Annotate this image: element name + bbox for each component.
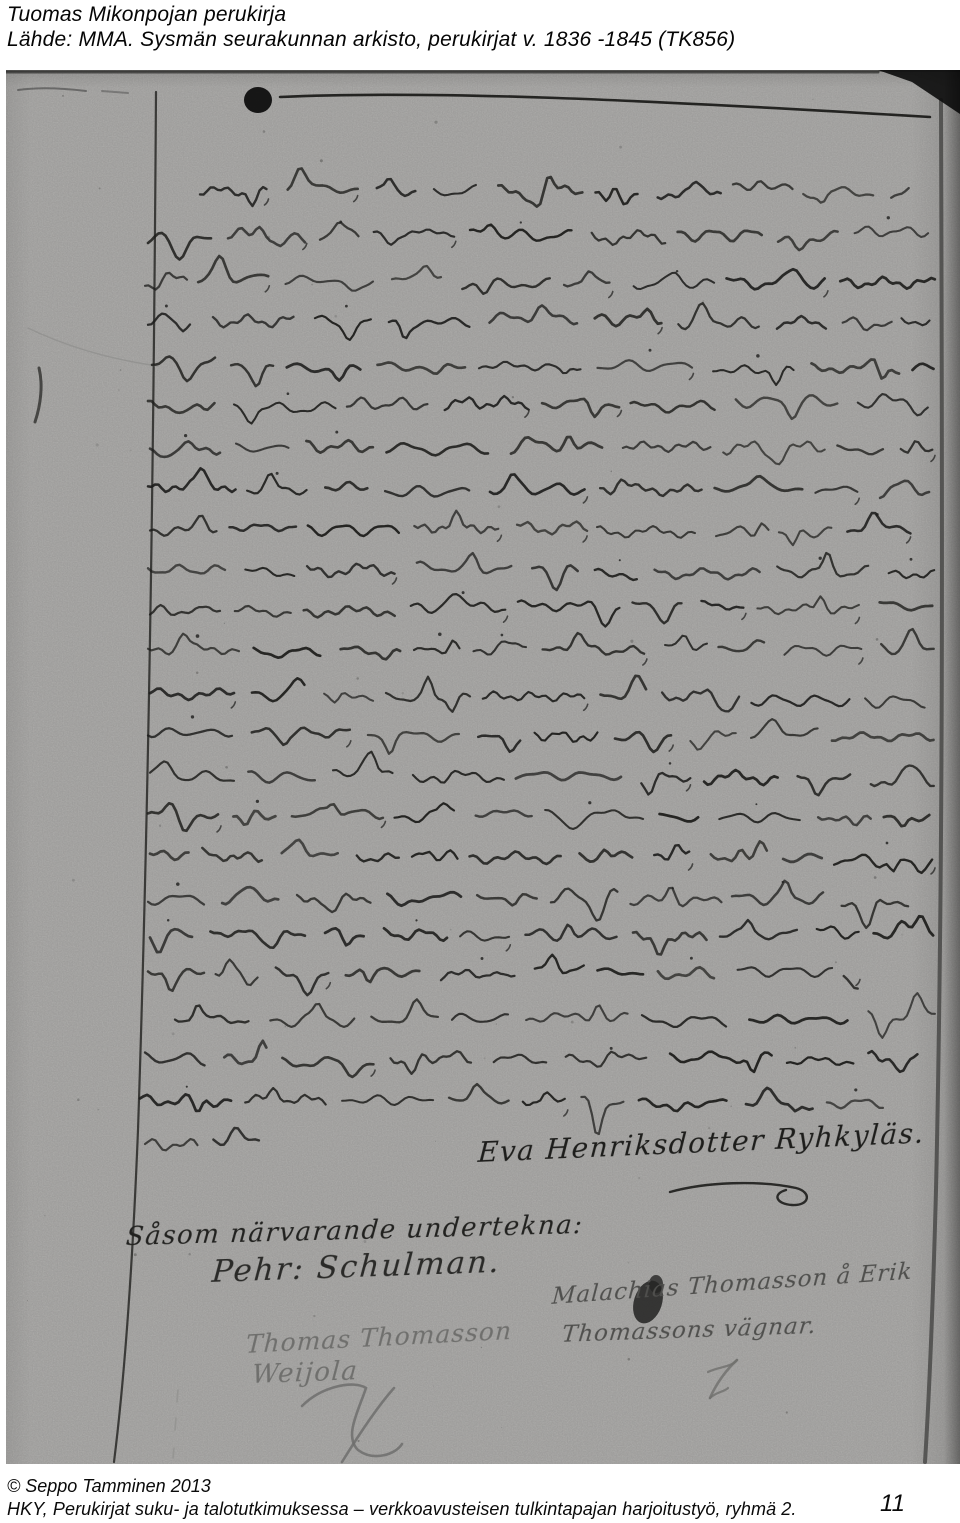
footer-caption: HKY, Perukirjat suku- ja talotutkimukses… [7,1499,797,1520]
page-number: 11 [880,1490,905,1518]
header: Tuomas Mikonpojan perukirja Lähde: MMA. … [7,2,735,52]
signature-weijola: Weijola [251,1356,359,1390]
source-line: Lähde: MMA. Sysmän seurakunnan arkisto, … [7,27,735,52]
page: Tuomas Mikonpojan perukirja Lähde: MMA. … [0,0,960,1523]
document-title: Tuomas Mikonpojan perukirja [7,2,735,27]
ink-dot [244,87,272,113]
right-edge-shadow [944,70,960,1464]
document-scan: Såsom närvarande undertekna: Eva Henriks… [6,70,960,1464]
copyright-line: © Seppo Tamminen 2013 [7,1476,211,1497]
